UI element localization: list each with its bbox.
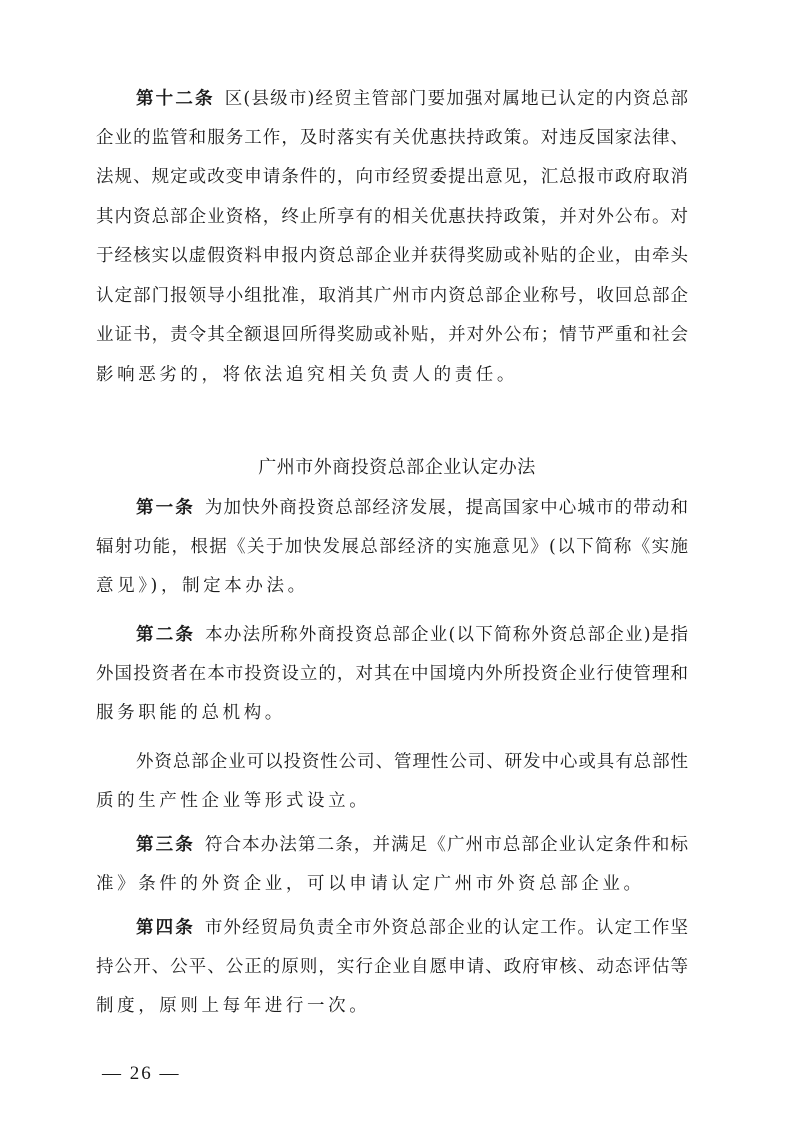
text-line: 准》条件的外资企业，可以申请认定广州市外资总部企业。 [96,872,696,896]
article-12-line-1: 第十二条区(县级市)经贸主管部门要加强对属地已认定的内资总部 [136,87,688,111]
section-title: 广州市外商投资总部企业认定办法 [0,456,794,480]
article-heading: 第十二条 [136,89,215,109]
text-line: 符合本办法第二条，并满足《广州市总部企业认定条件和标 [205,835,688,855]
article-2-line-1: 第二条本办法所称外商投资总部企业(以下简称外资总部企业)是指 [136,623,688,647]
text-line: 于经核实以虚假资料申报内资总部企业并获得奖励或补贴的企业，由牵头 [96,244,688,268]
text-line: 质的生产性企业等形式设立。 [96,789,696,813]
text-line: 持公开、公平、公正的原则，实行企业自愿申请、政府审核、动态评估等 [96,955,688,979]
text-line: 辐射功能，根据《关于加快发展总部经济的实施意见》(以下简称《实施 [96,535,688,559]
article-4-line-1: 第四条市外经贸局负责全市外资总部企业的认定工作。认定工作坚 [136,916,688,940]
text-line: 企业的监管和服务工作，及时落实有关优惠扶持政策。对违反国家法律、 [96,126,688,150]
text-line: 制度，原则上每年进行一次。 [96,994,696,1018]
text-line: 本办法所称外商投资总部企业(以下简称外资总部企业)是指 [205,625,688,645]
article-heading: 第二条 [136,625,195,645]
page-number: — 26 — [102,1062,181,1086]
article-1-line-1: 第一条为加快外商投资总部经济发展，提高国家中心城市的带动和 [136,496,688,520]
text-line: 为加快外商投资总部经济发展，提高国家中心城市的带动和 [205,498,688,518]
text-line: 外资总部企业可以投资性公司、管理性公司、研发中心或具有总部性 [136,750,688,774]
article-heading: 第四条 [136,918,195,938]
article-heading: 第一条 [136,498,195,518]
text-line: 业证书，责令其全额退回所得奖励或补贴，并对外公布；情节严重和社会 [96,323,688,347]
article-3-line-1: 第三条符合本办法第二条，并满足《广州市总部企业认定条件和标 [136,833,688,857]
text-line: 法规、规定或改变申请条件的，向市经贸委提出意见，汇总报市政府取消 [96,165,688,189]
text-line: 服务职能的总机构。 [96,701,696,725]
text-line: 外国投资者在本市投资设立的，对其在中国境内外所投资企业行使管理和 [96,662,688,686]
text-line: 其内资总部企业资格，终止所享有的相关优惠扶持政策，并对外公布。对 [96,205,688,229]
text-line: 区(县级市)经贸主管部门要加强对属地已认定的内资总部 [225,89,688,109]
text-line: 认定部门报领导小组批准，取消其广州市内资总部企业称号，收回总部企 [96,284,688,308]
text-line: 市外经贸局负责全市外资总部企业的认定工作。认定工作坚 [205,918,688,938]
article-heading: 第三条 [136,835,195,855]
text-line: 影响恶劣的，将依法追究相关负责人的责任。 [96,363,696,387]
document-page: 第十二条区(县级市)经贸主管部门要加强对属地已认定的内资总部 企业的监管和服务工… [0,0,794,1123]
text-line: 意见》)，制定本办法。 [96,574,696,598]
